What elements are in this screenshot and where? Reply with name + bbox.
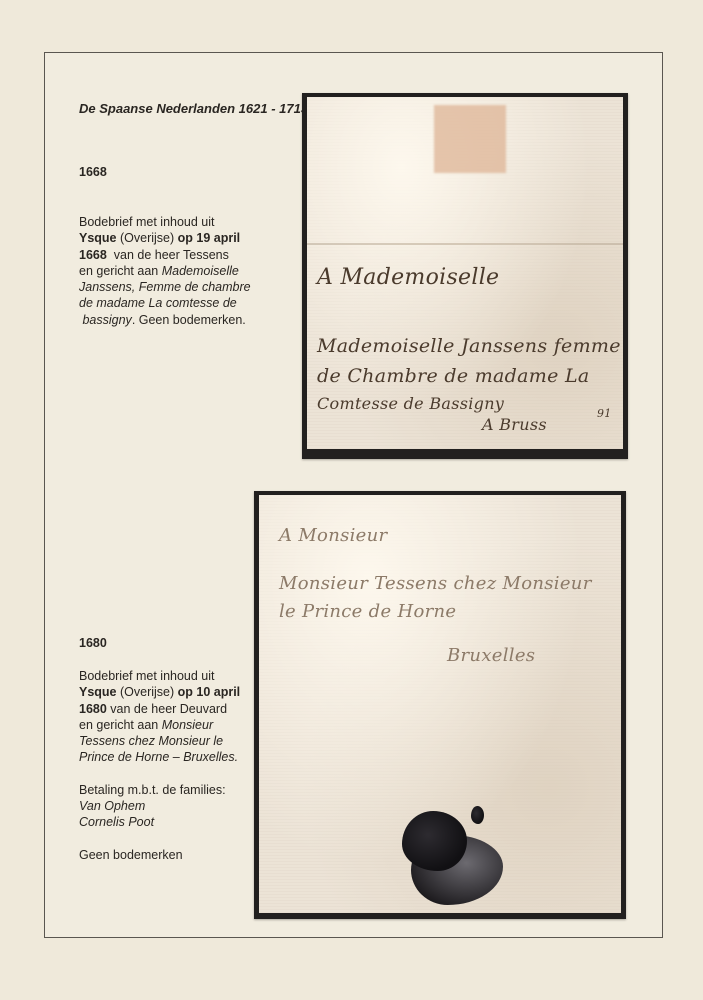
desc-line: en gericht aan Mademoiselle — [79, 263, 251, 279]
manuscript-marking: 91 — [597, 407, 612, 420]
address-line: Comtesse de Bassigny — [317, 394, 504, 413]
address-line: A Monsieur — [279, 525, 387, 546]
desc-line: Prince de Horne – Bruxelles. — [79, 749, 240, 765]
spacer — [79, 766, 240, 782]
place-note: (Overijse) — [117, 685, 178, 699]
markings-note: Geen bodemerken — [79, 847, 240, 863]
sender-text: van de heer Deuvard — [107, 702, 227, 716]
year-text: 1668 — [79, 248, 107, 262]
sender-text: van de heer Tessens — [107, 248, 229, 262]
desc-line: Bodebrief met inhoud uit — [79, 668, 240, 684]
letter-1680-mount: A Monsieur Monsieur Tessens chez Monsieu… — [254, 491, 626, 919]
year-text: 1680 — [79, 702, 107, 716]
spacer — [79, 831, 240, 847]
entry-description-1668: Bodebrief met inhoud uit Ysque (Overijse… — [79, 214, 251, 328]
desc-line: en gericht aan Monsieur — [79, 717, 240, 733]
address-line: de Chambre de madame La — [317, 365, 590, 387]
desc-line: de madame La comtesse de — [79, 295, 251, 311]
family-name: Van Ophem — [79, 798, 240, 814]
wax-seal-icon — [402, 811, 467, 871]
page-title: De Spaanse Nederlanden 1621 - 1713 — [79, 101, 308, 116]
payment-label: Betaling m.b.t. de families: — [79, 782, 240, 798]
address-line: Bruxelles — [447, 645, 535, 666]
date-text: op 19 april — [178, 231, 241, 245]
entry-year-1668: 1668 — [79, 165, 107, 179]
desc-line: Janssens, Femme de chambre — [79, 279, 251, 295]
address-line: Monsieur Tessens chez Monsieur — [279, 573, 592, 594]
fold-line — [307, 243, 623, 245]
addressed-to-text: en gericht aan — [79, 718, 162, 732]
place-name: Ysque — [79, 231, 117, 245]
place-note: (Overijse) — [117, 231, 178, 245]
date-text: op 10 april — [178, 685, 241, 699]
desc-line: Bodebrief met inhoud uit — [79, 214, 251, 230]
desc-line: bassigny. Geen bodemerken. — [79, 312, 251, 328]
addressed-to-text: en gericht aan — [79, 264, 162, 278]
entry-description-1680: Bodebrief met inhoud uit Ysque (Overijse… — [79, 668, 240, 863]
letter-1680-image: A Monsieur Monsieur Tessens chez Monsieu… — [259, 495, 621, 913]
desc-line: Tessens chez Monsieur le — [79, 733, 240, 749]
family-name: Cornelis Poot — [79, 814, 240, 830]
paper-stain — [434, 105, 506, 173]
addressee-text: Mademoiselle — [162, 264, 239, 278]
addressee-place: bassigny — [79, 313, 132, 327]
letter-1668-image: A Mademoiselle Mademoiselle Janssens fem… — [307, 97, 623, 449]
letter-1668-mount: A Mademoiselle Mademoiselle Janssens fem… — [302, 93, 628, 459]
address-line: le Prince de Horne — [279, 601, 456, 622]
desc-line: 1668 van de heer Tessens — [79, 247, 251, 263]
entry-year-1680: 1680 — [79, 636, 107, 650]
place-name: Ysque — [79, 685, 117, 699]
markings-note: . Geen bodemerken. — [132, 313, 246, 327]
wax-fragment — [471, 806, 484, 824]
address-line: Mademoiselle Janssens femme — [317, 335, 621, 357]
desc-line: Ysque (Overijse) op 19 april — [79, 230, 251, 246]
desc-line: 1680 van de heer Deuvard — [79, 701, 240, 717]
address-line: A Bruss — [482, 415, 547, 434]
address-line: A Mademoiselle — [317, 265, 499, 290]
addressee-text: Monsieur — [162, 718, 213, 732]
desc-line: Ysque (Overijse) op 10 april — [79, 684, 240, 700]
